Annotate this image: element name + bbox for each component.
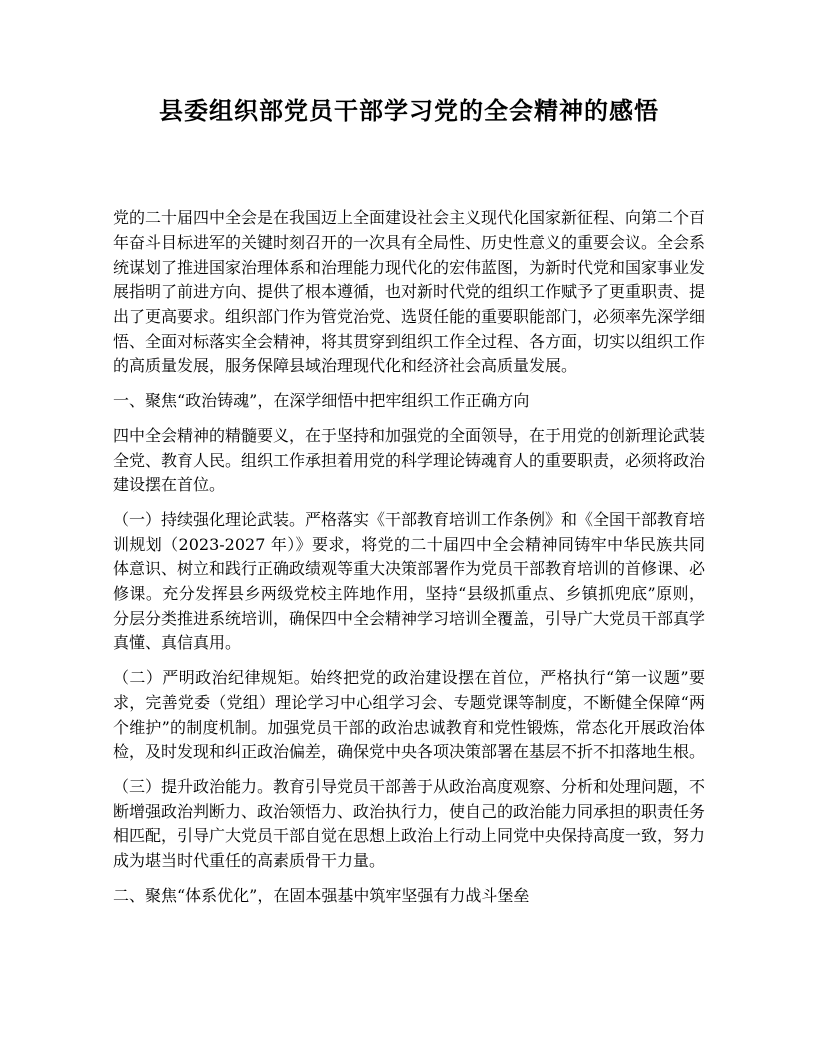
section-1-point-2-paragraph: （二）严明政治纪律规矩。始终把党的政治建设摆在首位，严格执行“第一议题”要求，完…	[113, 666, 705, 765]
section-2-heading: 二、聚焦“体系优化”，在固本强基中筑牢坚强有力战斗堡垒	[113, 884, 705, 909]
document-page: 县委组织部党员干部学习党的全会精神的感悟 党的二十届四中全会是在我国迈上全面建设…	[0, 0, 816, 1056]
section-1-intro-paragraph: 四中全会精神的精髓要义，在于坚持和加强党的全面领导，在于用党的创新理论武装全党、…	[113, 424, 705, 498]
section-1-heading: 一、聚焦“政治铸魂”，在深学细悟中把牢组织工作正确方向	[113, 389, 705, 414]
intro-paragraph: 党的二十届四中全会是在我国迈上全面建设社会主义现代化国家新征程、向第二个百年奋斗…	[113, 206, 705, 379]
section-1-point-1-paragraph: （一）持续强化理论武装。严格落实《干部教育培训工作条例》和《全国干部教育培训规划…	[113, 508, 705, 656]
document-title: 县委组织部党员干部学习党的全会精神的感悟	[113, 95, 705, 126]
section-1-point-3-paragraph: （三）提升政治能力。教育引导党员干部善于从政治高度观察、分析和处理问题，不断增强…	[113, 775, 705, 874]
